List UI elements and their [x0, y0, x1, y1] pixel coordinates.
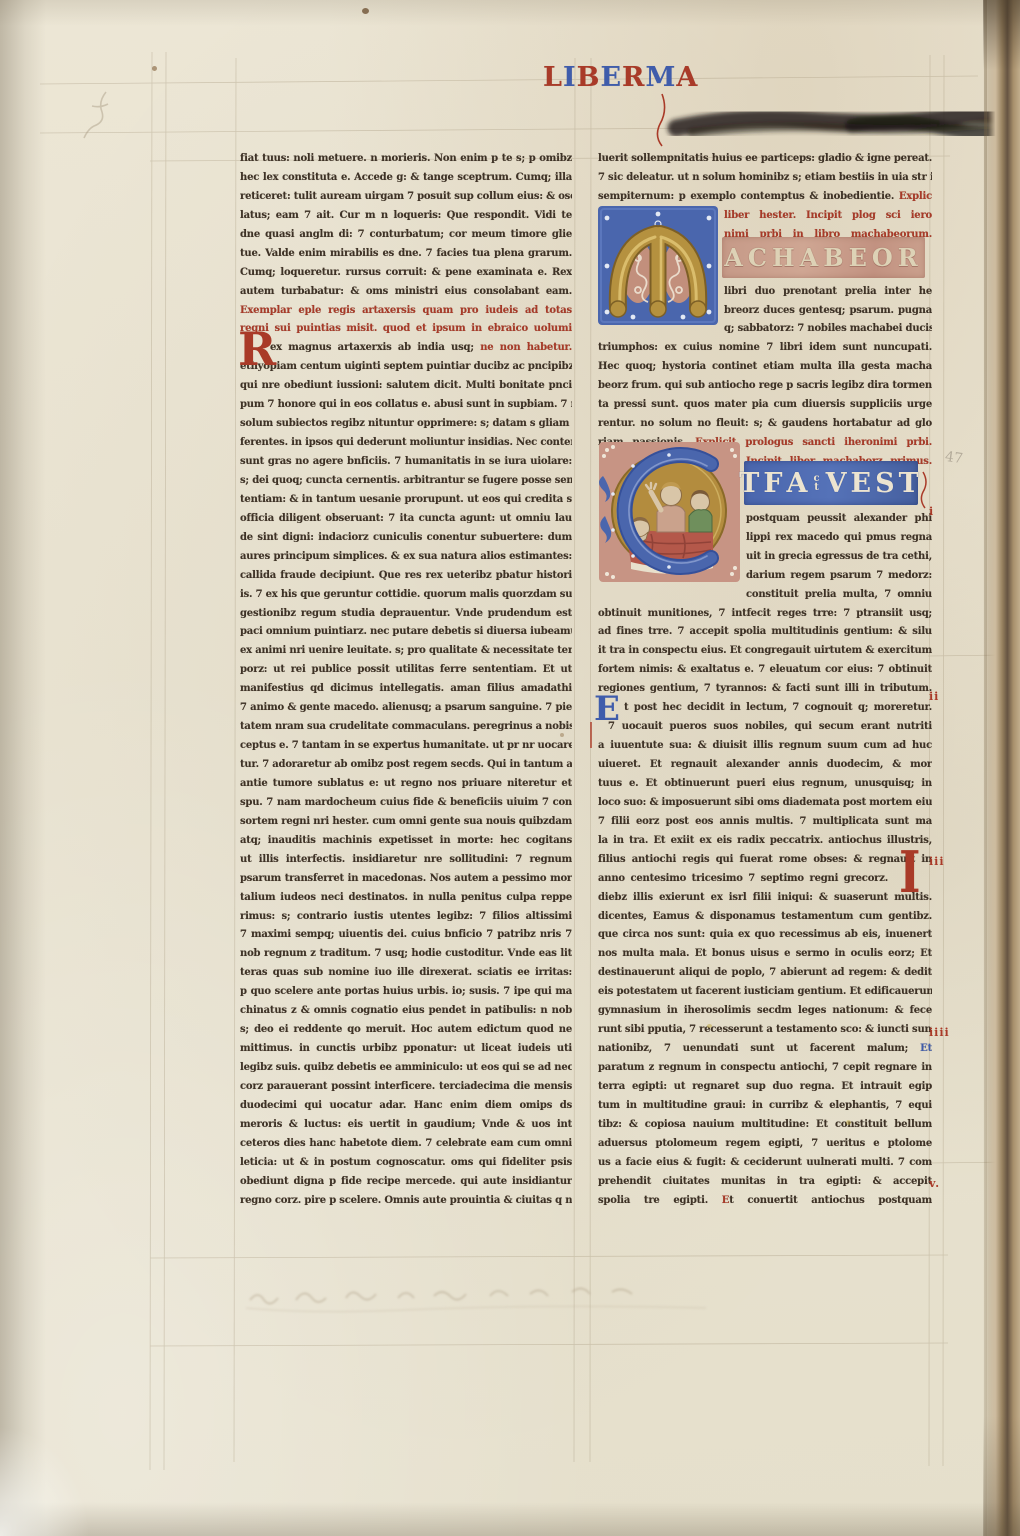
text-line: ex animi nri uenire leuitate. s; pro qua…	[240, 642, 572, 661]
text-line: nos multa mala. Et bonus uisus e sermo i…	[598, 945, 932, 964]
machabeorum-letters: ACHABEOR	[724, 243, 923, 272]
text-line: is. 7 ex his que geruntur cottidie. quor…	[240, 586, 572, 605]
text-line: ad fines trre. 7 accepit spolia multitud…	[598, 623, 932, 642]
ink-speck	[707, 1024, 712, 1028]
initial-I-red: I	[899, 843, 921, 901]
ink-smear	[662, 88, 1020, 158]
text-line: porz: ut rei publice possit utilitas fer…	[240, 661, 572, 680]
text-line: q; sabbatorz: 7 nobiles machabei ducis	[724, 320, 932, 339]
text-line: tuus e. Et obtinuerunt pueri eius regnum…	[598, 775, 932, 794]
text-line: nationibz, 7 uenundati sunt ut facerent …	[598, 1040, 932, 1059]
band-flourish-red	[917, 470, 931, 510]
text-line: leticia: ut & in postum cognoscatur. oms…	[240, 1154, 572, 1173]
text-line: meroris & luctus: eis uertit in gaudium;…	[240, 1116, 572, 1135]
text-line: postquam peussit alexander phi	[746, 510, 932, 529]
ink-speck	[846, 1120, 851, 1125]
text-line: ceptus e. 7 tantam in se expertus humani…	[240, 737, 572, 756]
text-line: anno centesimo tricesimo 7 septimo regni…	[598, 870, 888, 889]
text-line: tibz: & copiosa nauium multitudine: Et c…	[598, 1116, 932, 1135]
initial-R-rex: R	[238, 326, 276, 372]
text-line: runt sibi pputia, 7 recesserunt a testam…	[598, 1021, 932, 1040]
erased-inscription	[240, 1278, 780, 1318]
text-line: qui nre obediunt iussioni: salutem dicit…	[240, 377, 572, 396]
pencil-mark	[76, 88, 120, 144]
ink-speck	[152, 66, 157, 71]
text-line: liber hester. Incipit plog sci iero	[724, 207, 932, 226]
folio-number-pencil: 47	[944, 449, 964, 467]
text-line: spu. 7 nam mardocheum cuius fide & benef…	[240, 794, 572, 813]
text-line: fortem nimis: & exaltatus e. 7 eleuatum …	[598, 661, 932, 680]
text-line: teras quas sub nomine iuo ille direxerat…	[240, 964, 572, 983]
text-line: legibz suis. quibz debetis ee amminiculo…	[240, 1059, 572, 1078]
text-line: ceteros dies hanc habetote diem. 7 celeb…	[240, 1135, 572, 1154]
text-line: duodecimi qui uocatur adar. Hanc enim di…	[240, 1097, 572, 1116]
text-column-left: fiat tuus: noli metuere. n morieris. Non…	[240, 150, 572, 1211]
text-line: Exemplar eple regis artaxersis quam pro …	[240, 302, 572, 321]
text-line: regno corz. pire p scelere. Omnis aute p…	[240, 1192, 572, 1211]
text-line: dne quasi anglm di: 7 conturbatum; cor m…	[240, 226, 572, 245]
text-line: triumphos: ex cuius nomine 7 libri idem …	[598, 339, 932, 358]
text-line: Cumq; loqueretur. rursus corruit: & pene…	[240, 264, 572, 283]
text-line: 7 animo & gente macedo. alienusq; a psar…	[240, 699, 572, 718]
text-line: dicentes, Eamus & disponamus testamentum…	[598, 908, 932, 927]
text-line: de sint digni: indaciorz cuniculis conen…	[240, 529, 572, 548]
text-line: reticeret: tulit auream uirgam 7 posuit …	[240, 188, 572, 207]
text-line: paci omnium puintiarz. nec putare debeti…	[240, 623, 572, 642]
text-line: 7 uocauit pueros suos nobiles, qui secum…	[608, 718, 932, 737]
text-line: chinatus z & omnis cognatio eius pendet …	[240, 1002, 572, 1021]
text-line: us a facie eius & fugit: & ceciderunt uu…	[598, 1154, 932, 1173]
text-line: tue. Valde enim mirabilis es dne. 7 faci…	[240, 245, 572, 264]
text-line: 7 sic deleatur. ut n solum hominibz s; e…	[598, 169, 932, 188]
text-line: fiat tuus: noli metuere. n morieris. Non…	[240, 150, 572, 169]
text-line: manifestius qd dicimus intellegatis. ama…	[240, 680, 572, 699]
text-line: eis potestatem ut facerent iusticiam gen…	[598, 983, 932, 1002]
text-line: it tra in conspectu eius. Et congregauit…	[598, 642, 932, 661]
text-line: s; dei quoq; cuncta cernentis. arbitrant…	[240, 472, 572, 491]
et-factum-letters: TFActVEST	[739, 468, 922, 499]
text-line: sempiternum: p exemplo contemptus & inob…	[598, 188, 932, 207]
text-line: Hec quoq; hystoria continet etiam multa …	[598, 358, 932, 377]
text-line: loco suo: & imposuerunt sibi oms diadema…	[598, 794, 932, 813]
text-line: callida fraude decipiunt. Que res rex ue…	[240, 567, 572, 586]
text-line: ta pressi sunt. quos mater pia cum diuer…	[598, 396, 932, 415]
text-line: corz parauerant possint interficere. ter…	[240, 1078, 572, 1097]
ink-speck	[560, 733, 564, 737]
text-line: terra egipti: ut regnaret sup duo regna.…	[598, 1078, 932, 1097]
text-line: filius antiochi regis qui fuerat rome ob…	[598, 851, 932, 870]
chapter-number-v: v.	[929, 1177, 940, 1190]
text-line: tentiam: & in tantum uesanie prorupunt. …	[240, 491, 572, 510]
text-line: paratum z regnum in conspectu antiochi, …	[598, 1059, 932, 1078]
et-factum-display-band: TFActVEST	[744, 461, 918, 505]
text-line: ferentes. in ipsos qui dederunt moliuntu…	[240, 434, 572, 453]
text-line: rentur. no solum no fleuit: s; & gaudens…	[598, 415, 932, 434]
illuminated-initial-M	[598, 206, 718, 325]
text-line: ex magnus artaxerxis ab india usq; ne no…	[270, 339, 572, 358]
text-line: nob regnum z traditum. 7 usq; hodie cust…	[240, 945, 572, 964]
text-line: aures principum simplices. & ex sua natu…	[240, 548, 572, 567]
text-line: atq; inauditis machinis expetisset in mo…	[240, 832, 572, 851]
text-line: beorz frum. qui sub antiocho rege p sacr…	[598, 377, 932, 396]
text-line: tum in multitudine graui: in curribz & e…	[598, 1097, 932, 1116]
text-line: 7 maximi sempq; uiuentis dei. cuius bnfi…	[240, 926, 572, 945]
text-line: solum subiectos regibz nituntur opprimer…	[240, 415, 572, 434]
chapter-number-ii: ii	[929, 690, 939, 703]
text-line: luerit sollempnitatis huius ee particeps…	[598, 150, 932, 169]
text-line: psarum transferret in macedonas. Nos aut…	[240, 870, 572, 889]
text-line: regiones gentium, 7 tyrannos: & facti su…	[598, 680, 932, 699]
text-line: breorz duces gentesq; psarum. pugna	[724, 302, 932, 321]
text-line: pum 7 honore qui in eos collatus e. abus…	[240, 396, 572, 415]
text-line: 7 filii eorz post eos annis multis. 7 mu…	[598, 813, 932, 832]
text-line: obediunt digna p fide recipe mercede. qu…	[240, 1173, 572, 1192]
text-line: hec lex constituta e. Accede g: & tange …	[240, 169, 572, 188]
text-line: constituit prelia multa, 7 omniu	[746, 586, 932, 605]
text-line: tatem nram sua crudelitate commaculans. …	[240, 718, 572, 737]
machabeorum-display-band: ACHABEOR	[722, 237, 925, 278]
text-line: sortem regni nri hester. cum omni gente …	[240, 813, 572, 832]
ink-speck	[362, 8, 369, 14]
text-line: diebz illis exierunt ex isrl filii iniqu…	[598, 889, 932, 908]
text-line: que circa nos sunt: quia ex quo recessim…	[598, 926, 932, 945]
text-line: la in tra. Et exiit ex eis radix peccatr…	[598, 832, 932, 851]
chapter-number-iiii: iiii	[929, 1026, 950, 1039]
text-line: lippi rex macedo qui pmus regna	[746, 529, 932, 548]
text-line: darium regem psarum 7 medorz:	[746, 567, 932, 586]
text-line: s; deo ei reddente qo meruit. Hoc autem …	[240, 1021, 572, 1040]
manuscript-page: LIBERMA fiat tuus: noli metuere. n morie…	[0, 0, 1020, 1536]
chapter-number-i: i	[929, 505, 934, 518]
text-line: tur. 7 adoraretur ab omibz post regem se…	[240, 756, 572, 775]
text-line: antie tumore sublatus e: ut regno nos pr…	[240, 775, 572, 794]
text-line: aduersus ptolomeum regem egipti, 7 uerit…	[598, 1135, 932, 1154]
chapter-number-iii: iii	[929, 855, 945, 868]
book-edge-strip	[983, 0, 1020, 1536]
text-line: gymnasium in iherosolimis secdm leges na…	[598, 1002, 932, 1021]
text-line: rimus: s; contrario iustis utentes legib…	[240, 908, 572, 927]
text-line: obtinuit munitiones, 7 intfecit reges tr…	[598, 605, 932, 624]
text-line: uit in grecia egressus de tra cethi,	[746, 548, 932, 567]
text-line: t post hec decidit in lectum, 7 cognouit…	[624, 699, 932, 718]
text-line: latus; eam 7 ait. Cur m n loqueris: Que …	[240, 207, 572, 226]
text-line: a iuuentute sua: & diuisit illis regnum …	[598, 737, 932, 756]
text-line: mittimus. in cunctis urbibz pponatur: ut…	[240, 1040, 572, 1059]
text-line: prehendit ciuitates munitas in tra egipt…	[598, 1173, 932, 1192]
text-line: spolia tre egipti. Et conuertit antiochu…	[598, 1192, 932, 1211]
initial-E-blue: E	[594, 692, 620, 726]
text-line: regni sui puintias misit. quod et ipsum …	[240, 320, 572, 339]
text-line: libri duo prenotant prelia inter he	[724, 283, 932, 302]
text-line: talium iudeos neci destinatos. in nulla …	[240, 889, 572, 908]
text-line: uiueret. Et regnauit alexander annis duo…	[598, 756, 932, 775]
historiated-initial-E	[599, 442, 740, 582]
text-line: sunt gras no agere bnficiis. 7 humanitat…	[240, 453, 572, 472]
text-line: ut illis interfectis. insidiaretur nre s…	[240, 851, 572, 870]
text-line: p quo scelere ante portas huius urbis. i…	[240, 983, 572, 1002]
text-line: gestionibz regum studia deprauentur. Vnd…	[240, 605, 572, 624]
text-line: destinauerunt aliqui de poplo, 7 abierun…	[598, 964, 932, 983]
text-line: officia diligent obseruant: 7 ita cuncta…	[240, 510, 572, 529]
text-line: ethyopiam centum uiginti septem puintiar…	[240, 358, 572, 377]
text-line: autem turbabatur: & oms ministri eius co…	[240, 283, 572, 302]
